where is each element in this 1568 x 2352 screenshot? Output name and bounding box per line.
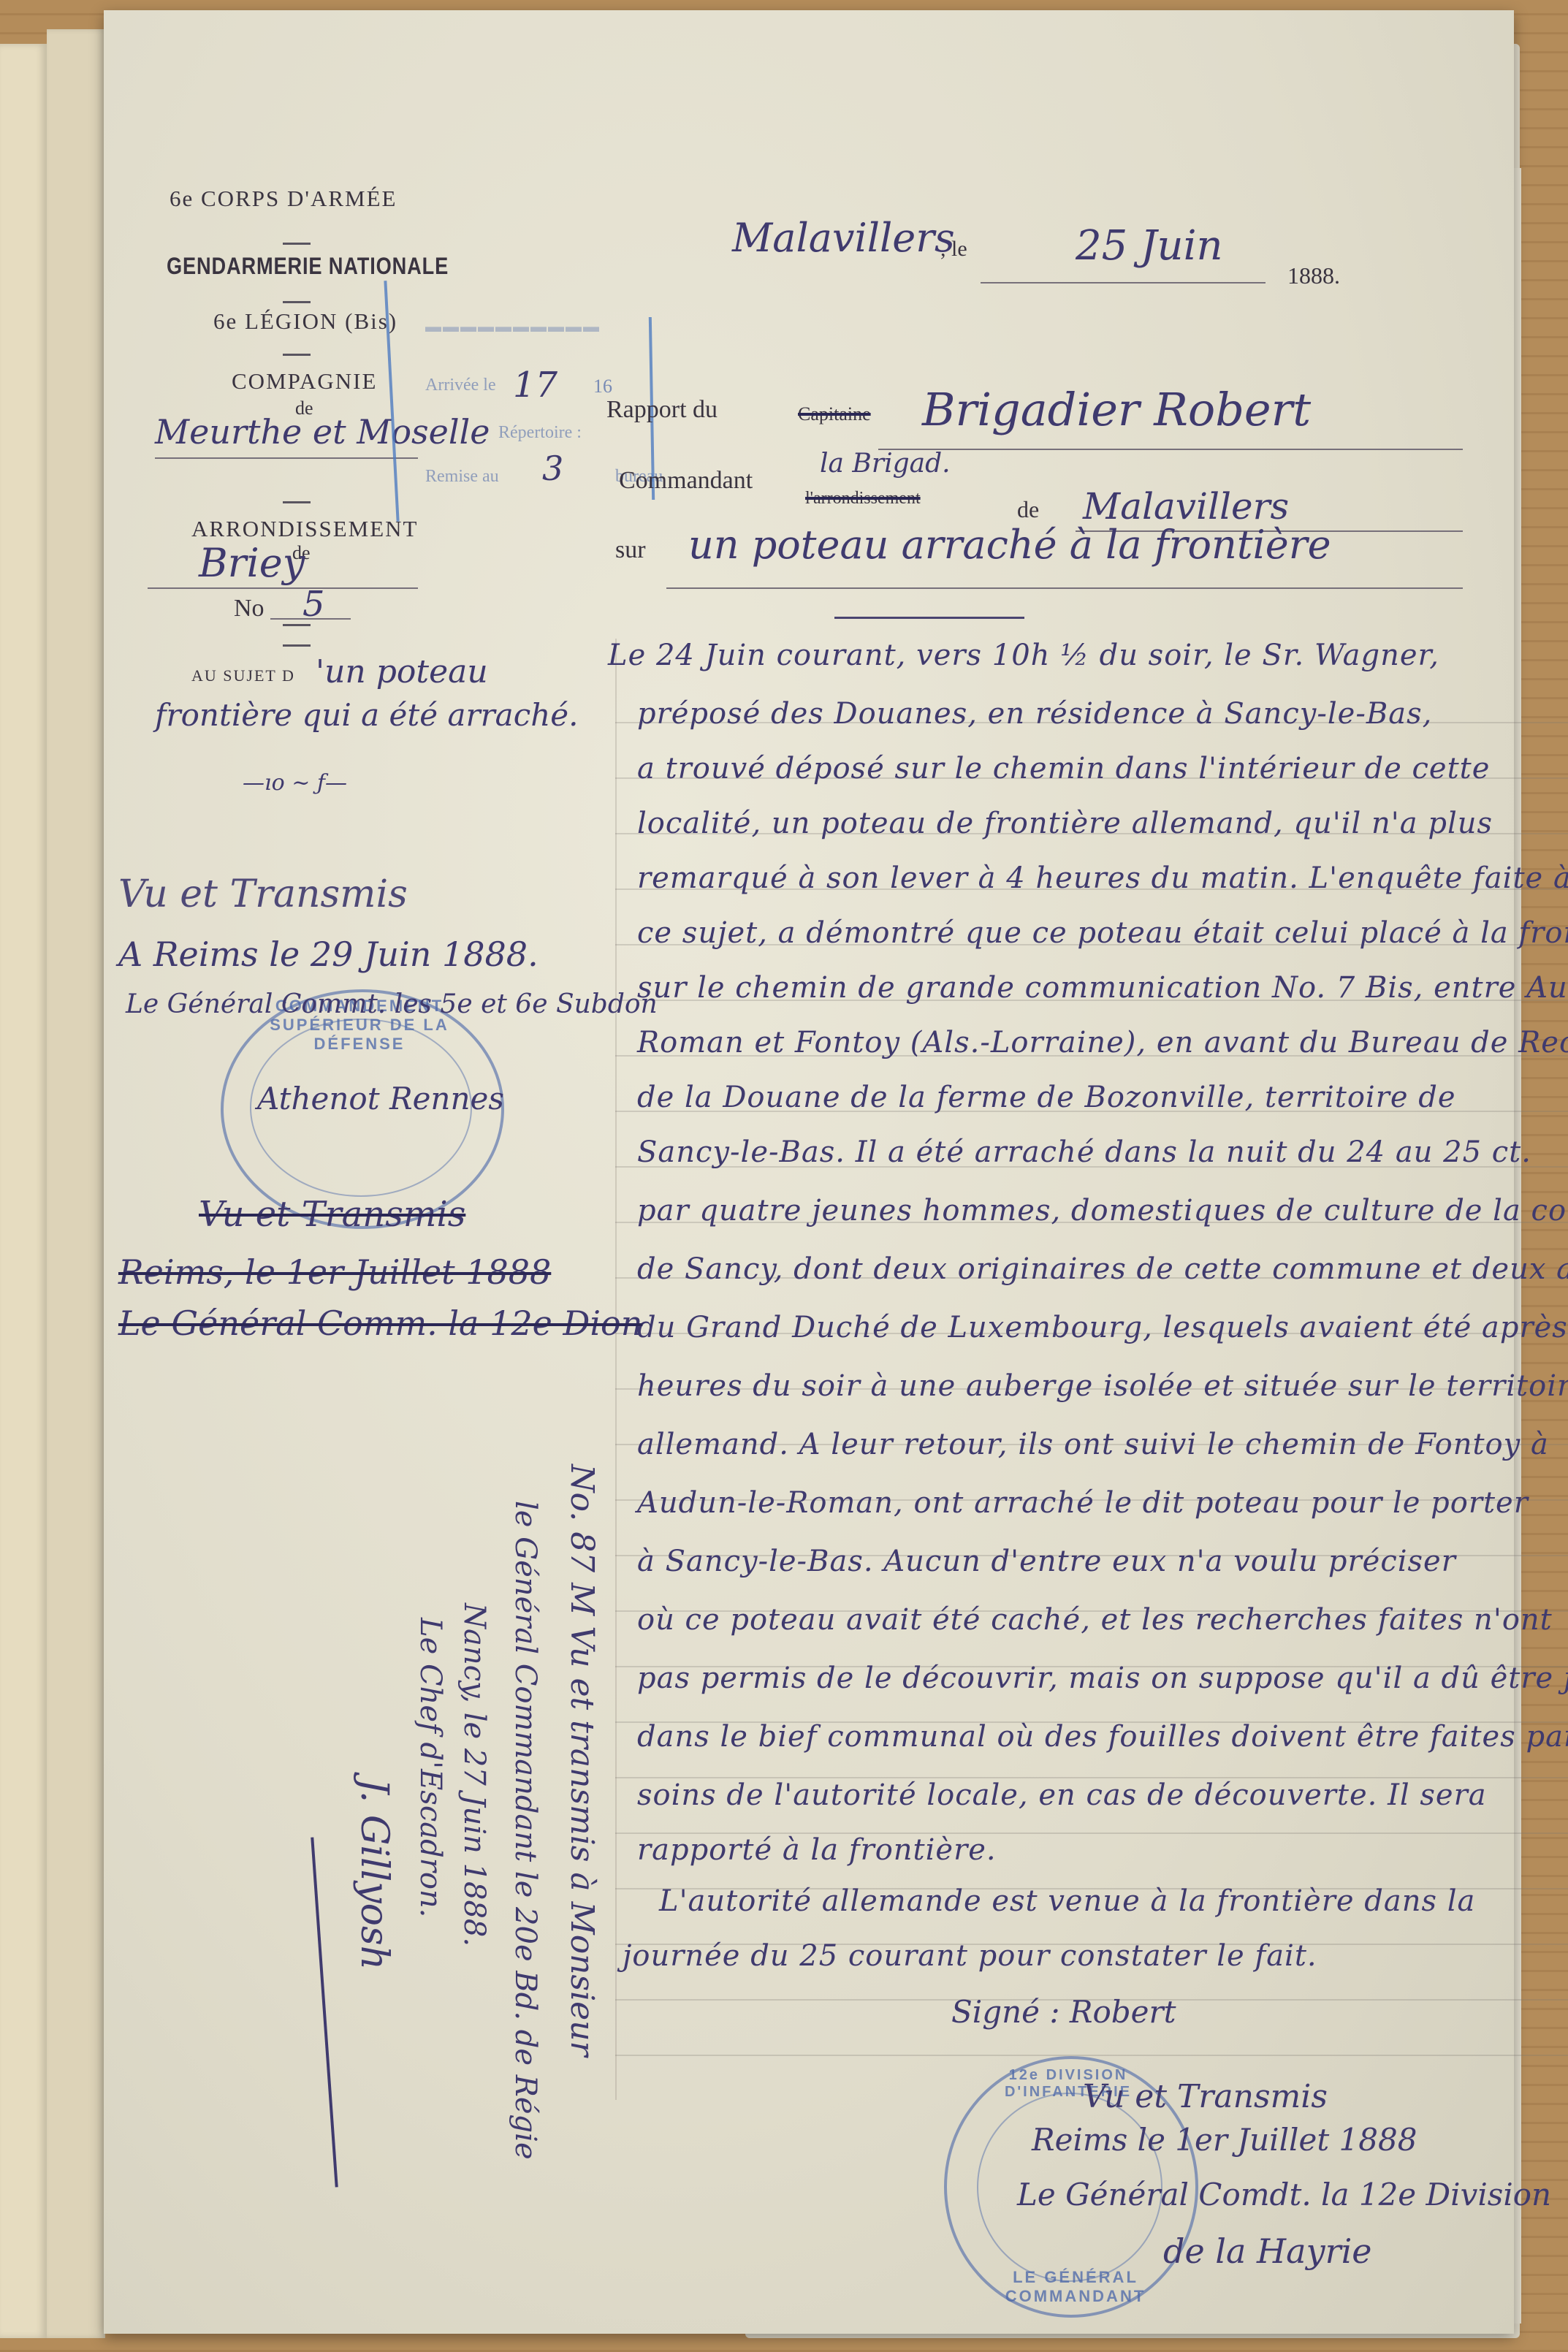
vertical-endorsement-signature: J. Gillyosh — [352, 1778, 396, 1970]
endorsement-vu-transmis: Vu et Transmis — [118, 872, 408, 916]
body-line: de la Douane de la ferme de Bozonville, … — [637, 1081, 1456, 1114]
sujet-value-line2: frontière qui a été arraché. — [155, 697, 578, 733]
endorsement-place-date: A Reims le 29 Juin 1888. — [118, 935, 538, 974]
body-line: pas permis de le découvrir, mais on supp… — [637, 1662, 1568, 1695]
body-line: Sancy-le-Bas. Il a été arraché dans la n… — [637, 1135, 1531, 1169]
numero-label: No — [234, 595, 264, 623]
de-label: de — [1017, 496, 1039, 523]
registry-repertoire-label: Répertoire : — [498, 423, 582, 443]
divider — [283, 301, 311, 303]
vertical-endorsement-line1: No. 87 M Vu et transmis à Monsieur — [563, 1464, 601, 2057]
title-end-rule — [834, 617, 1024, 619]
date-underline — [981, 282, 1266, 283]
body-line: de Sancy, dont deux originaires de cette… — [637, 1252, 1568, 1286]
margin-rule — [615, 639, 617, 2100]
struck-unit: l'arrondissement — [805, 489, 921, 509]
vertical-endorsement-line4: Le Chef d'Escadron. — [414, 1618, 447, 1917]
body-line: rapporté à la frontière. — [637, 1833, 997, 1867]
binder-cover — [0, 44, 47, 2338]
body-line: à Sancy-le-Bas. Aucun d'entre eux n'a vo… — [637, 1545, 1456, 1578]
struck-endorsement-general: Le Général Comm. la 12e Dion — [118, 1304, 642, 1343]
flourish: —ıo ~ ƒ— — [243, 770, 347, 796]
bottom-endorsement-date: Reims le 1er Juillet 1888 — [1032, 2122, 1417, 2158]
place: Malavillers — [732, 215, 955, 261]
date-le: , le — [940, 237, 967, 262]
body-line: a trouvé déposé sur le chemin dans l'int… — [637, 752, 1490, 785]
title-underline — [666, 587, 1463, 589]
divider — [283, 501, 311, 503]
struck-endorsement-date: Reims, le 1er Juillet 1888 — [118, 1252, 551, 1292]
struck-rank: Capitaine — [798, 403, 871, 425]
field-underline — [270, 618, 351, 620]
report-subject: un poteau arraché à la frontière — [688, 522, 1331, 568]
body-line: journée du 25 courant pour constater le … — [623, 1939, 1317, 1973]
bottom-endorsement-general: Le Général Comdt. la 12e Division — [1017, 2177, 1551, 2212]
division-stamp-text-bottom: LE GÉNÉRAL COMMANDANT — [966, 2268, 1185, 2306]
body-line: allemand. A leur retour, ils ont suivi l… — [637, 1428, 1549, 1461]
body-line: Audun-le-Roman, ont arraché le dit potea… — [637, 1486, 1529, 1520]
body-line: localité, un poteau de frontière alleman… — [637, 807, 1493, 840]
inserted-unit: la Brigad. — [820, 449, 951, 479]
reporter-rank-name: Brigadier Robert — [922, 383, 1311, 436]
endorsement-general: Le Général Commt. les 5e et 6e Subdon — [126, 989, 658, 1019]
body-line: sur le chemin de grande communication No… — [637, 971, 1568, 1005]
bottom-endorsement-signature: de la Hayrie — [1163, 2231, 1372, 2271]
binder-spine — [47, 29, 105, 2338]
registry-number: 17 — [513, 365, 557, 406]
struck-endorsement-vu: Vu et Transmis — [199, 1194, 465, 1235]
title-underline — [878, 449, 1463, 450]
divider — [283, 243, 311, 245]
body-line: du Grand Duché de Luxembourg, lesquels a… — [637, 1311, 1568, 1344]
body-line: L'autorité allemande est venue à la fron… — [659, 1884, 1475, 1918]
sujet-label: AU SUJET D — [191, 666, 295, 685]
body-line: soins de l'autorité locale, en cas de dé… — [637, 1778, 1487, 1812]
body-line: préposé des Douanes, en résidence à Sanc… — [637, 697, 1432, 731]
body-line: par quatre jeunes hommes, domestiques de… — [637, 1194, 1568, 1228]
sur-label: sur — [615, 536, 646, 564]
registry-stamp-header: ▬▬▬▬▬▬▬▬▬▬ — [425, 317, 601, 336]
registry-arrival-label: Arrivée le — [425, 376, 496, 395]
registry-day: 16 — [593, 376, 612, 397]
gendarmerie-heading: GENDARMERIE NATIONALE — [167, 253, 449, 280]
legion-heading: 6e LÉGION (Bis) — [213, 308, 397, 335]
registry-remise-label: Remise au — [425, 467, 499, 487]
signature-line: Signé : Robert — [951, 1994, 1176, 2030]
endorsement-signature: Athenot Rennes — [257, 1081, 504, 1116]
date-day-month: 25 Juin — [1076, 222, 1223, 270]
signature-stroke — [311, 1837, 338, 2187]
field-underline — [148, 587, 418, 589]
divider — [283, 354, 311, 356]
body-line: Roman et Fontoy (Als.-Lorraine), en avan… — [637, 1026, 1568, 1059]
body-line: heures du soir à une auberge isolée et s… — [637, 1369, 1568, 1403]
registry-bureau-number: 3 — [542, 449, 563, 488]
vertical-endorsement-line2: le Général Commandant le 20e Bd. de Régi… — [509, 1501, 542, 2160]
body-line: dans le bief communal où des fouilles do… — [637, 1720, 1568, 1754]
body-line: Le 24 Juin courant, vers 10h ½ du soir, … — [608, 639, 1439, 672]
compagnie-label: COMPAGNIE — [232, 368, 377, 395]
bottom-endorsement-vu: Vu et Transmis — [1083, 2078, 1328, 2115]
arrondissement-label: ARRONDISSEMENT — [191, 516, 418, 542]
body-line: ce sujet, a démontré que ce poteau était… — [637, 916, 1568, 950]
arrondissement-value: Briey — [199, 540, 305, 586]
body-line: où ce poteau avait été caché, et les rec… — [637, 1603, 1553, 1637]
compagnie-value: Meurthe et Moselle — [155, 412, 490, 452]
commandant-label: Commandant — [619, 467, 753, 495]
document-page: 6e CORPS D'ARMÉE GENDARMERIE NATIONALE 6… — [104, 10, 1514, 2334]
body-line: remarqué à son lever à 4 heures du matin… — [637, 861, 1568, 895]
sujet-value-line1: 'un poteau — [316, 653, 488, 690]
date-year: 1888. — [1287, 262, 1340, 289]
corps-heading: 6e CORPS D'ARMÉE — [170, 186, 397, 212]
vertical-endorsement-line3: Nancy, le 27 Juin 1888. — [457, 1603, 491, 1946]
rapport-label: Rapport du — [606, 396, 718, 424]
divider — [283, 644, 311, 647]
field-underline — [155, 457, 418, 459]
